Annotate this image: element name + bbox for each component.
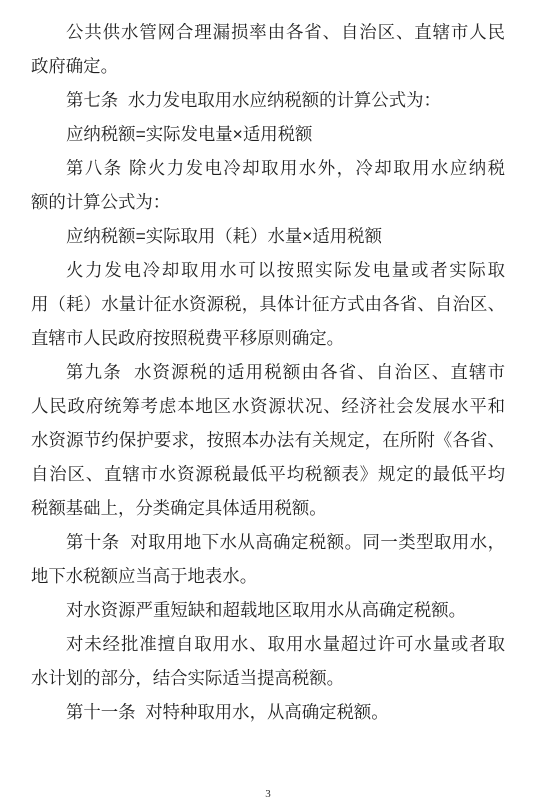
page-footer: 3	[0, 784, 536, 802]
text-line: 水计划的部分，结合实际适当提高税额。	[31, 661, 505, 695]
page-number: 3	[265, 788, 271, 800]
text-line: 人民政府统筹考虑本地区水资源状况、经济社会发展水平和	[31, 389, 505, 423]
text-line: 应纳税额=实际取用（耗）水量×适用税额	[31, 219, 505, 253]
text-line: 应纳税额=实际发电量×适用税额	[31, 117, 505, 151]
text-line: 地下水税额应当高于地表水。	[31, 559, 505, 593]
text-line: 公共供水管网合理漏损率由各省、自治区、直辖市人民	[31, 15, 505, 49]
text-line: 第十一条 对特种取用水，从高确定税额。	[31, 695, 505, 729]
document-page: 公共供水管网合理漏损率由各省、自治区、直辖市人民政府确定。第七条 水力发电取用水…	[0, 0, 536, 811]
text-line: 自治区、直辖市水资源税最低平均税额表》规定的最低平均	[31, 457, 505, 491]
text-line: 第九条 水资源税的适用税额由各省、自治区、直辖市	[31, 355, 505, 389]
text-line: 第十条 对取用地下水从高确定税额。同一类型取用水，	[31, 525, 505, 559]
text-line: 火力发电冷却取用水可以按照实际发电量或者实际取	[31, 253, 505, 287]
text-line: 用（耗）水量计征水资源税，具体计征方式由各省、自治区、	[31, 287, 505, 321]
text-line: 对水资源严重短缺和超载地区取用水从高确定税额。	[31, 593, 505, 627]
text-line: 政府确定。	[31, 49, 505, 83]
text-line: 额的计算公式为：	[31, 185, 505, 219]
text-line: 第七条 水力发电取用水应纳税额的计算公式为：	[31, 83, 505, 117]
text-line: 对未经批准擅自取用水、取用水量超过许可水量或者取	[31, 627, 505, 661]
text-line: 第八条 除火力发电冷却取用水外，冷却取用水应纳税	[31, 151, 505, 185]
document-body: 公共供水管网合理漏损率由各省、自治区、直辖市人民政府确定。第七条 水力发电取用水…	[31, 0, 505, 729]
text-line: 税额基础上，分类确定具体适用税额。	[31, 491, 505, 525]
text-line: 水资源节约保护要求，按照本办法有关规定，在所附《各省、	[31, 423, 505, 457]
text-line: 直辖市人民政府按照税费平移原则确定。	[31, 321, 505, 355]
